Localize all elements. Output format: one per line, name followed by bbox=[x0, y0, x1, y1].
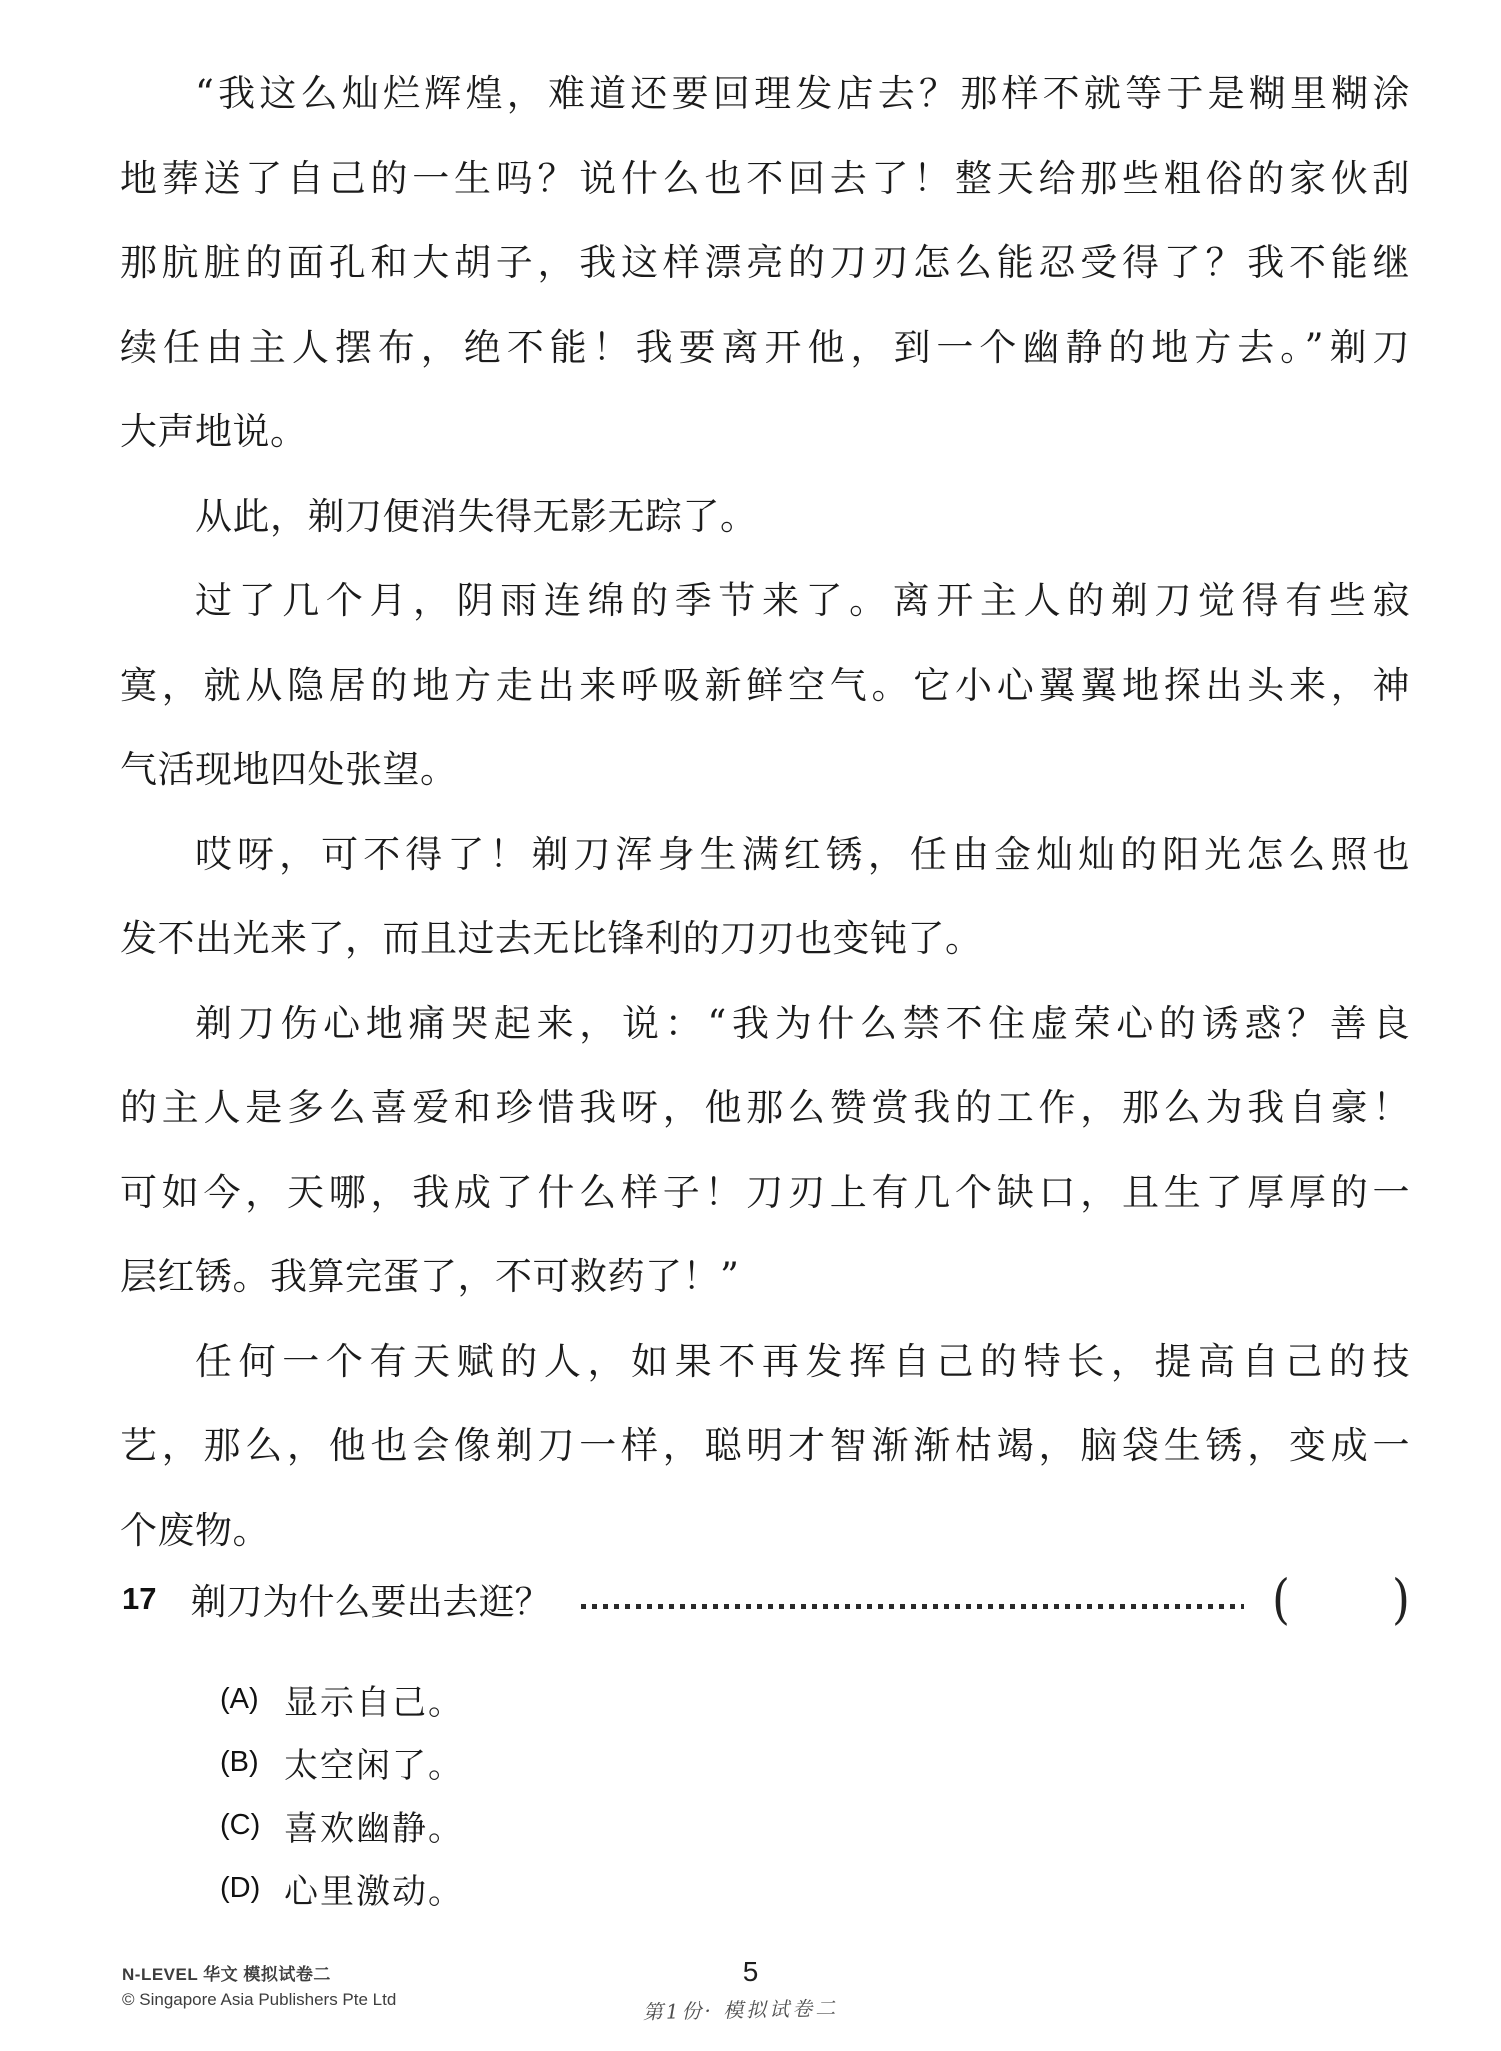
passage-line: 气活现地四处张望。 bbox=[120, 728, 1410, 813]
passage-line: “我这么灿烂辉煌，难道还要回理发店去？那样不就等于是糊里糊涂 bbox=[120, 52, 1410, 137]
bracket-open: ( bbox=[1272, 1568, 1290, 1630]
option-text: 心里激动。 bbox=[284, 1864, 464, 1913]
question-number: 17 bbox=[122, 1581, 156, 1617]
option-row: (D)心里激动。 bbox=[220, 1857, 920, 1920]
option-row: (A)显示自己。 bbox=[220, 1668, 920, 1731]
passage-line: 艺，那么，他也会像剃刀一样，聪明才智渐渐枯竭，脑袋生锈，变成一 bbox=[120, 1404, 1410, 1489]
answer-brackets: ( ) bbox=[1272, 1568, 1410, 1630]
passage-line: 寞，就从隐居的地方走出来呼吸新鲜空气。它小心翼翼地探出头来，神 bbox=[120, 644, 1410, 729]
option-text: 喜欢幽静。 bbox=[284, 1801, 464, 1850]
reading-passage: “我这么灿烂辉煌，难道还要回理发店去？那样不就等于是糊里糊涂地葬送了自己的一生吗… bbox=[120, 52, 1410, 1573]
passage-line: 续任由主人摆布，绝不能！我要离开他，到一个幽静的地方去。”剃刀 bbox=[120, 306, 1410, 391]
passage-line: 那肮脏的面孔和大胡子，我这样漂亮的刀刃怎么能忍受得了？我不能继 bbox=[120, 221, 1410, 306]
passage-line: 大声地说。 bbox=[120, 390, 1410, 475]
passage-line: 任何一个有天赋的人，如果不再发挥自己的特长，提高自己的技 bbox=[120, 1320, 1410, 1405]
question-17: 17 剃刀为什么要出去逛？ ( ) bbox=[120, 1566, 1410, 1632]
option-letter: (C) bbox=[220, 1809, 284, 1842]
option-text: 太空闲了。 bbox=[284, 1738, 464, 1787]
dotted-leader bbox=[581, 1604, 1245, 1609]
passage-line: 地葬送了自己的一生吗？说什么也不回去了！整天给那些粗俗的家伙刮 bbox=[120, 137, 1410, 222]
options-list: (A)显示自己。(B)太空闲了。(C)喜欢幽静。(D)心里激动。 bbox=[220, 1668, 920, 1920]
bracket-close: ) bbox=[1392, 1568, 1410, 1630]
passage-line: 可如今，天哪，我成了什么样子！刀刃上有几个缺口，且生了厚厚的一 bbox=[120, 1151, 1410, 1236]
option-letter: (B) bbox=[220, 1746, 284, 1779]
option-row: (B)太空闲了。 bbox=[220, 1731, 920, 1794]
passage-line: 的主人是多么喜爱和珍惜我呀，他那么赞赏我的工作，那么为我自豪！ bbox=[120, 1066, 1410, 1151]
question-text: 剃刀为什么要出去逛？ bbox=[190, 1574, 550, 1625]
passage-line: 剃刀伤心地痛哭起来，说：“我为什么禁不住虚荣心的诱惑？善良 bbox=[120, 982, 1410, 1067]
option-row: (C)喜欢幽静。 bbox=[220, 1794, 920, 1857]
passage-line: 个废物。 bbox=[120, 1489, 1410, 1574]
option-letter: (A) bbox=[220, 1683, 284, 1716]
exam-page: “我这么灿烂辉煌，难道还要回理发店去？那样不就等于是糊里糊涂地葬送了自己的一生吗… bbox=[0, 0, 1501, 2051]
passage-line: 哎呀，可不得了！剃刀浑身生满红锈，任由金灿灿的阳光怎么照也 bbox=[120, 813, 1410, 898]
passage-line: 过了几个月，阴雨连绵的季节来了。离开主人的剃刀觉得有些寂 bbox=[120, 559, 1410, 644]
option-text: 显示自己。 bbox=[284, 1675, 464, 1724]
passage-line: 发不出光来了，而且过去无比锋利的刀刃也变钝了。 bbox=[120, 897, 1410, 982]
passage-line: 从此，剃刀便消失得无影无踪了。 bbox=[120, 475, 1410, 560]
passage-line: 层红锈。我算完蛋了，不可救药了！” bbox=[120, 1235, 1410, 1320]
option-letter: (D) bbox=[220, 1872, 284, 1905]
